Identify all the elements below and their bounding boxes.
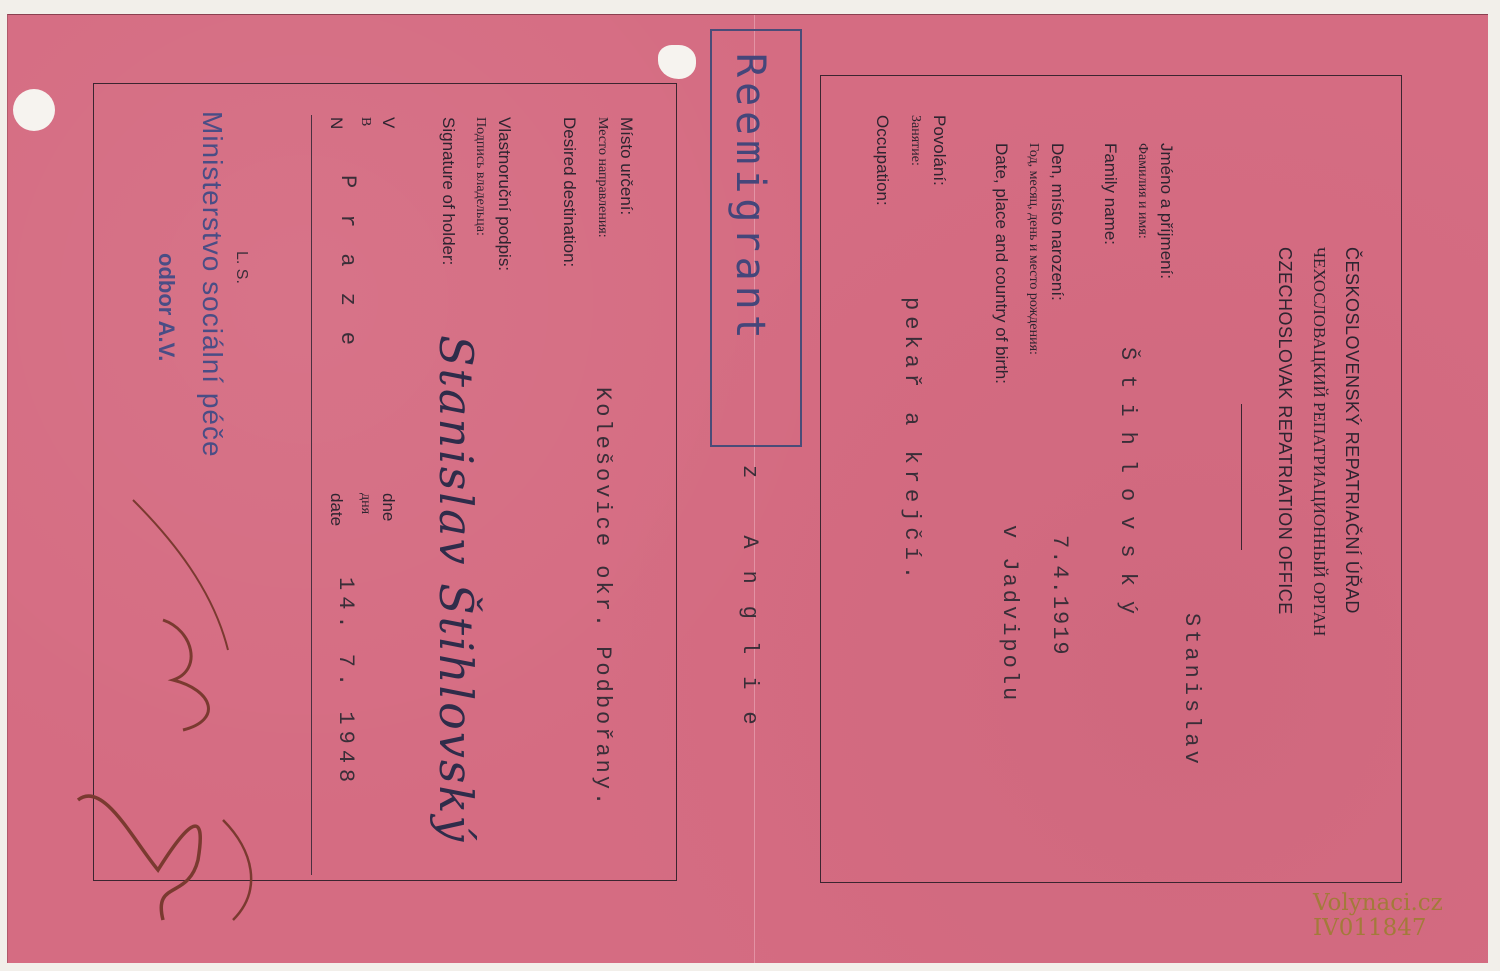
name-label-ru: Фамилия и имя: — [1135, 143, 1149, 239]
department-stamp: odbor A.V. — [155, 253, 177, 361]
official-signature-scrawl — [63, 480, 283, 960]
issued-divider — [311, 115, 312, 875]
issued-place-value: Praze — [336, 175, 358, 371]
birth-label-cz: Den, místo narození: — [1049, 143, 1066, 301]
date-label-ru: дня — [358, 493, 372, 514]
header-en: CZECHOSLOVAK REPATRIATION OFFICE — [1276, 247, 1294, 615]
header-ru: ЧЕХОСЛОВАЦКИЙ РЕПАТРИАЦИОННЫЙ ОРГАН — [1311, 247, 1328, 636]
watermark-id: IV011847 — [1313, 916, 1443, 941]
given-name-value: Stanislav — [1180, 613, 1202, 768]
occupation-label-ru: Занятие: — [908, 115, 922, 166]
seal-mark: L. S. — [233, 251, 249, 284]
watermark: Volynaci.cz IV011847 — [1313, 891, 1443, 941]
birth-place-value: v Jadvipolu — [998, 525, 1020, 703]
repatriation-card: ČESKOSLOVENSKÝ REPATRIAČNÍ ÚŘAD ЧЕХОСЛОВ… — [7, 14, 1488, 963]
destination-label-ru: Место направления: — [595, 117, 609, 238]
birth-label-ru: Год, месяц, день и место рождения: — [1026, 143, 1040, 355]
issued-date-value: 14. 7. 1948 — [334, 577, 356, 788]
signature-label-ru: Подпись владельца: — [473, 117, 487, 236]
issued-prefix-cz: V — [380, 117, 397, 128]
date-label-cz: dne — [380, 493, 397, 521]
name-label-cz: Jméno a příjmení: — [1158, 143, 1175, 279]
issued-prefix-en: N — [328, 117, 345, 129]
header-cz: ČESKOSLOVENSKÝ REPATRIAČNÍ ÚŘAD — [1343, 247, 1361, 614]
destination-label-en: Desired destination: — [561, 117, 578, 267]
holder-signature: Stanislav Štihlovský — [433, 335, 479, 843]
origin-value: z Anglie — [738, 465, 760, 747]
reemigrant-stamp: Reemigrant — [730, 53, 770, 344]
destination-label-cz: Místo určení: — [618, 117, 635, 215]
occupation-value: pekař a krejčí. — [900, 297, 922, 585]
signature-label-en: Signature of holder: — [440, 117, 457, 265]
occupation-label-en: Occupation: — [874, 115, 891, 206]
header-divider — [1241, 404, 1242, 550]
ministry-stamp: Ministerstvo sociální péče — [198, 111, 226, 458]
punch-hole-left — [13, 89, 55, 131]
birth-label-en: Date, place and country of birth: — [993, 143, 1010, 384]
surname-value: Štihlovský — [1116, 347, 1138, 629]
watermark-site: Volynaci.cz — [1313, 891, 1443, 916]
punch-hole-top — [658, 45, 696, 79]
birth-date-value: 7.4.1919 — [1048, 535, 1070, 657]
destination-value: Kolešovice okr. Podbořany. — [591, 387, 613, 808]
issued-prefix-ru: В — [358, 117, 372, 126]
occupation-label-cz: Povolání: — [931, 115, 948, 186]
date-label-en: date — [328, 493, 345, 526]
name-label-en: Family name: — [1102, 143, 1119, 245]
signature-label-cz: Vlastnoruční podpis: — [496, 117, 513, 271]
